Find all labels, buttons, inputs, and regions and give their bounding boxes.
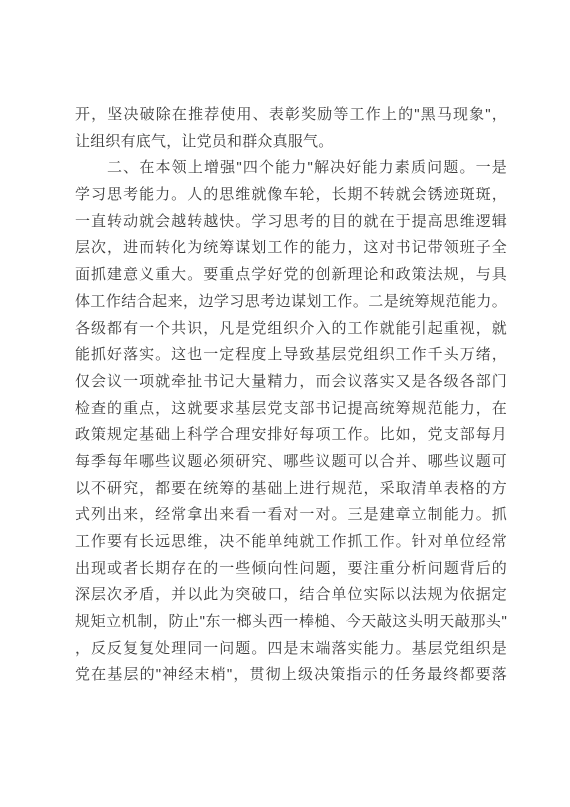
text-line: 体工作结合起来，边学习思考边谋划工作。二是统筹规范能力。 — [75, 289, 507, 316]
document-page: 开，坚决破除在推荐使用、表彰奖励等工作上的"黑马现象"，让组织有底气，让党员和群… — [0, 0, 570, 807]
text-line: 各级都有一个共识，凡是党组织介入的工作就能引起重视，就 — [75, 316, 507, 343]
text-line: 式列出来，经常拿出来看一看对一对。三是建章立制能力。抓 — [75, 502, 507, 529]
text-line: 政策规定基础上科学合理安排好每项工作。比如，党支部每月 — [75, 422, 507, 449]
text-line: 工作要有长远思维，决不能单纯就工作抓工作。针对单位经常 — [75, 529, 507, 556]
text-line: 深层次矛盾，并以此为突破口，结合单位实际以法规为依据定 — [75, 582, 507, 609]
text-line: 以不研究，都要在统筹的基础上进行规范，采取清单表格的方 — [75, 476, 507, 503]
text-line: 二、在本领上增强"四个能力"解决好能力素质问题。一是 — [75, 155, 507, 182]
text-line: 每季每年哪些议题必须研究、哪些议题可以合并、哪些议题可 — [75, 449, 507, 476]
text-line: 面抓建意义重大。要重点学好党的创新理论和政策法规，与具 — [75, 262, 507, 289]
text-line: ，反反复复处理同一问题。四是末端落实能力。基层党组织是 — [75, 636, 507, 663]
text-line: 一直转动就会越转越快。学习思考的目的就在于提高思维逻辑 — [75, 209, 507, 236]
document-body: 开，坚决破除在推荐使用、表彰奖励等工作上的"黑马现象"，让组织有底气，让党员和群… — [75, 102, 507, 689]
text-line: 出现或者长期存在的一些倾向性问题，要注重分析问题背后的 — [75, 556, 507, 583]
text-line: 仅会议一项就牵扯书记大量精力，而会议落实又是各级各部门 — [75, 369, 507, 396]
text-line: 能抓好落实。这也一定程度上导致基层党组织工作千头万绪， — [75, 342, 507, 369]
text-line: 学习思考能力。人的思维就像车轮，长期不转就会锈迹斑斑， — [75, 182, 507, 209]
text-line: 检查的重点，这就要求基层党支部书记提高统筹规范能力，在 — [75, 396, 507, 423]
text-line: 党在基层的"神经末梢"，贯彻上级决策指示的任务最终都要落 — [75, 662, 507, 689]
text-line: 开，坚决破除在推荐使用、表彰奖励等工作上的"黑马现象"， — [75, 102, 507, 129]
text-line: 层次，进而转化为统筹谋划工作的能力，这对书记带领班子全 — [75, 235, 507, 262]
text-line: 让组织有底气，让党员和群众真服气。 — [75, 129, 507, 156]
text-line: 规矩立机制，防止"东一榔头西一棒槌、今天敲这头明天敲那头" — [75, 609, 507, 636]
